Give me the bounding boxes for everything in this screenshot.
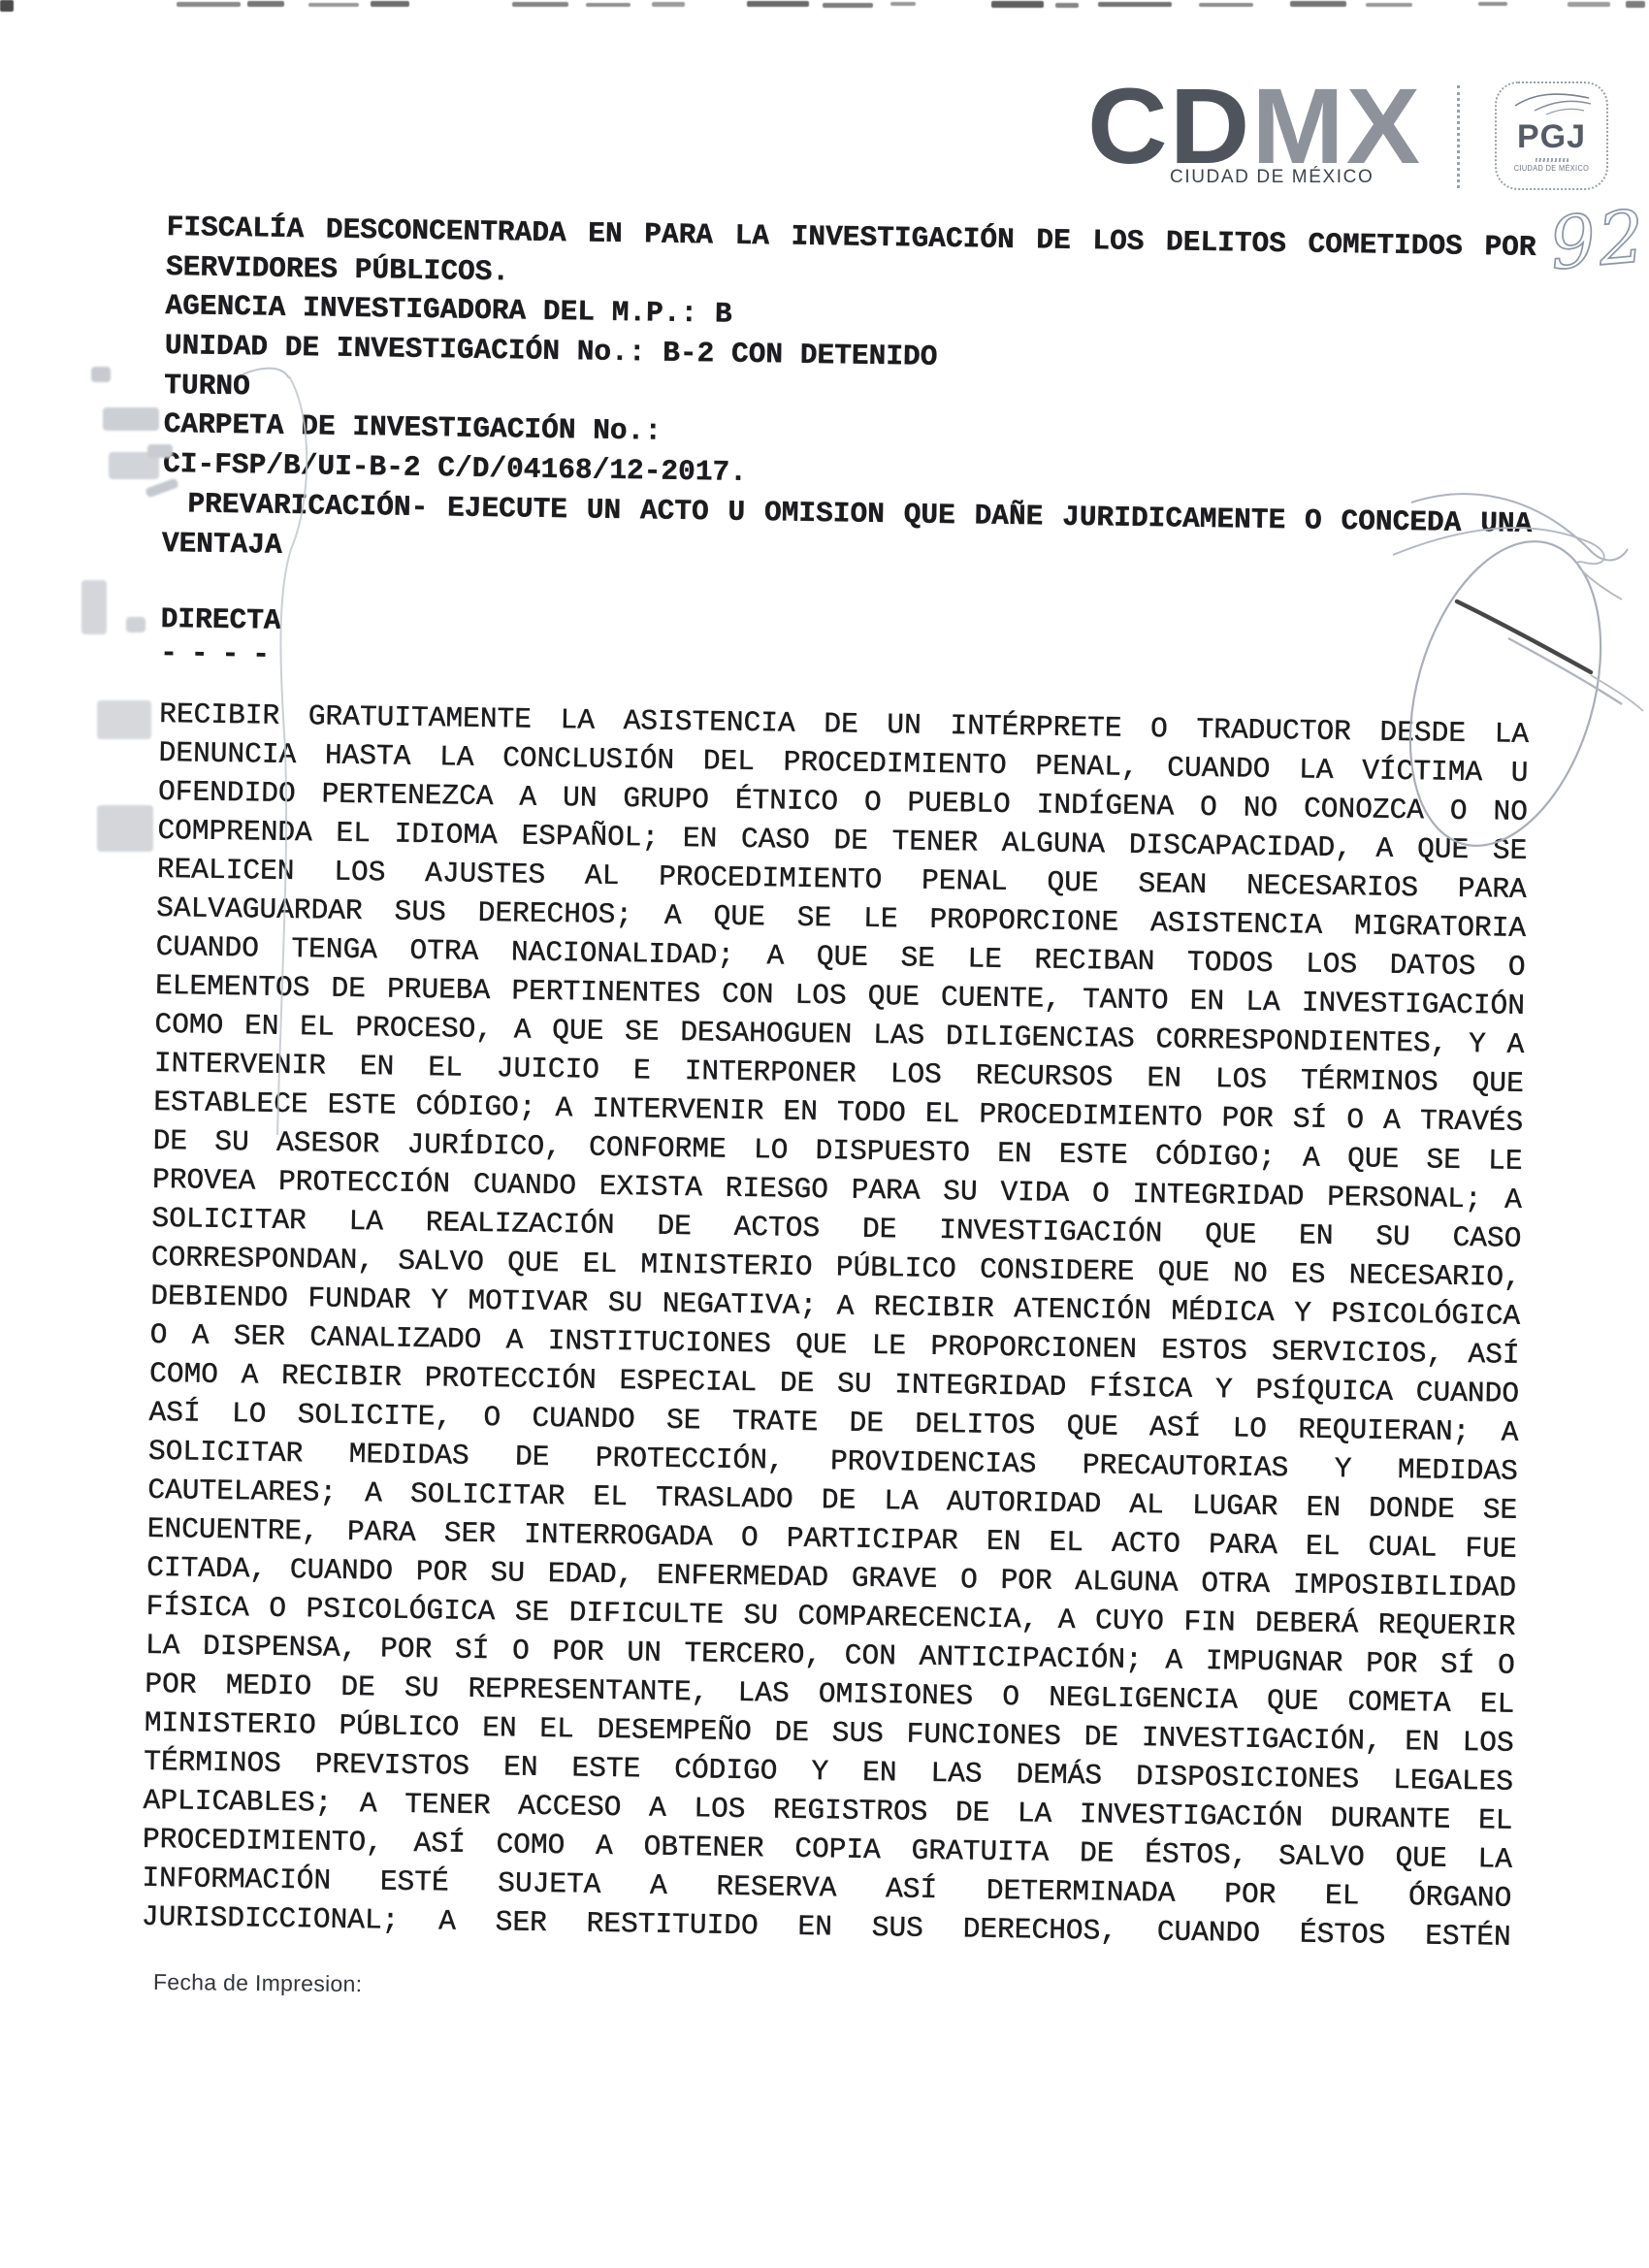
pgj-badge-subtitle: CIUDAD DE MÉXICO	[1502, 164, 1602, 173]
document-text: FISCALÍA DESCONCENTRADA EN PARA LA INVES…	[142, 208, 1536, 1957]
pgj-badge-hatch	[1536, 158, 1568, 162]
document-header-block: FISCALÍA DESCONCENTRADA EN PARA LA INVES…	[162, 208, 1536, 583]
scanned-document-page: CDMX CIUDAD DE MÉXICO PGJ CIUDAD DE MÉXI…	[0, 0, 1649, 2268]
print-date-label: Fecha de Impresion:	[153, 1969, 363, 1997]
cdmx-logo: CDMX CIUDAD DE MÉXICO	[1087, 74, 1437, 180]
rights-paragraph: RECIBIR GRATUITAMENTE LA ASISTENCIA DE U…	[142, 695, 1530, 1957]
pgj-badge: PGJ CIUDAD DE MÉXICO	[1495, 81, 1608, 190]
logo-divider	[1457, 85, 1460, 188]
cdmx-logo-subtitle: CIUDAD DE MÉXICO	[1170, 167, 1374, 188]
cdmx-logo-text: CDMX	[1087, 74, 1450, 180]
pgj-badge-text: PGJ	[1497, 120, 1606, 155]
